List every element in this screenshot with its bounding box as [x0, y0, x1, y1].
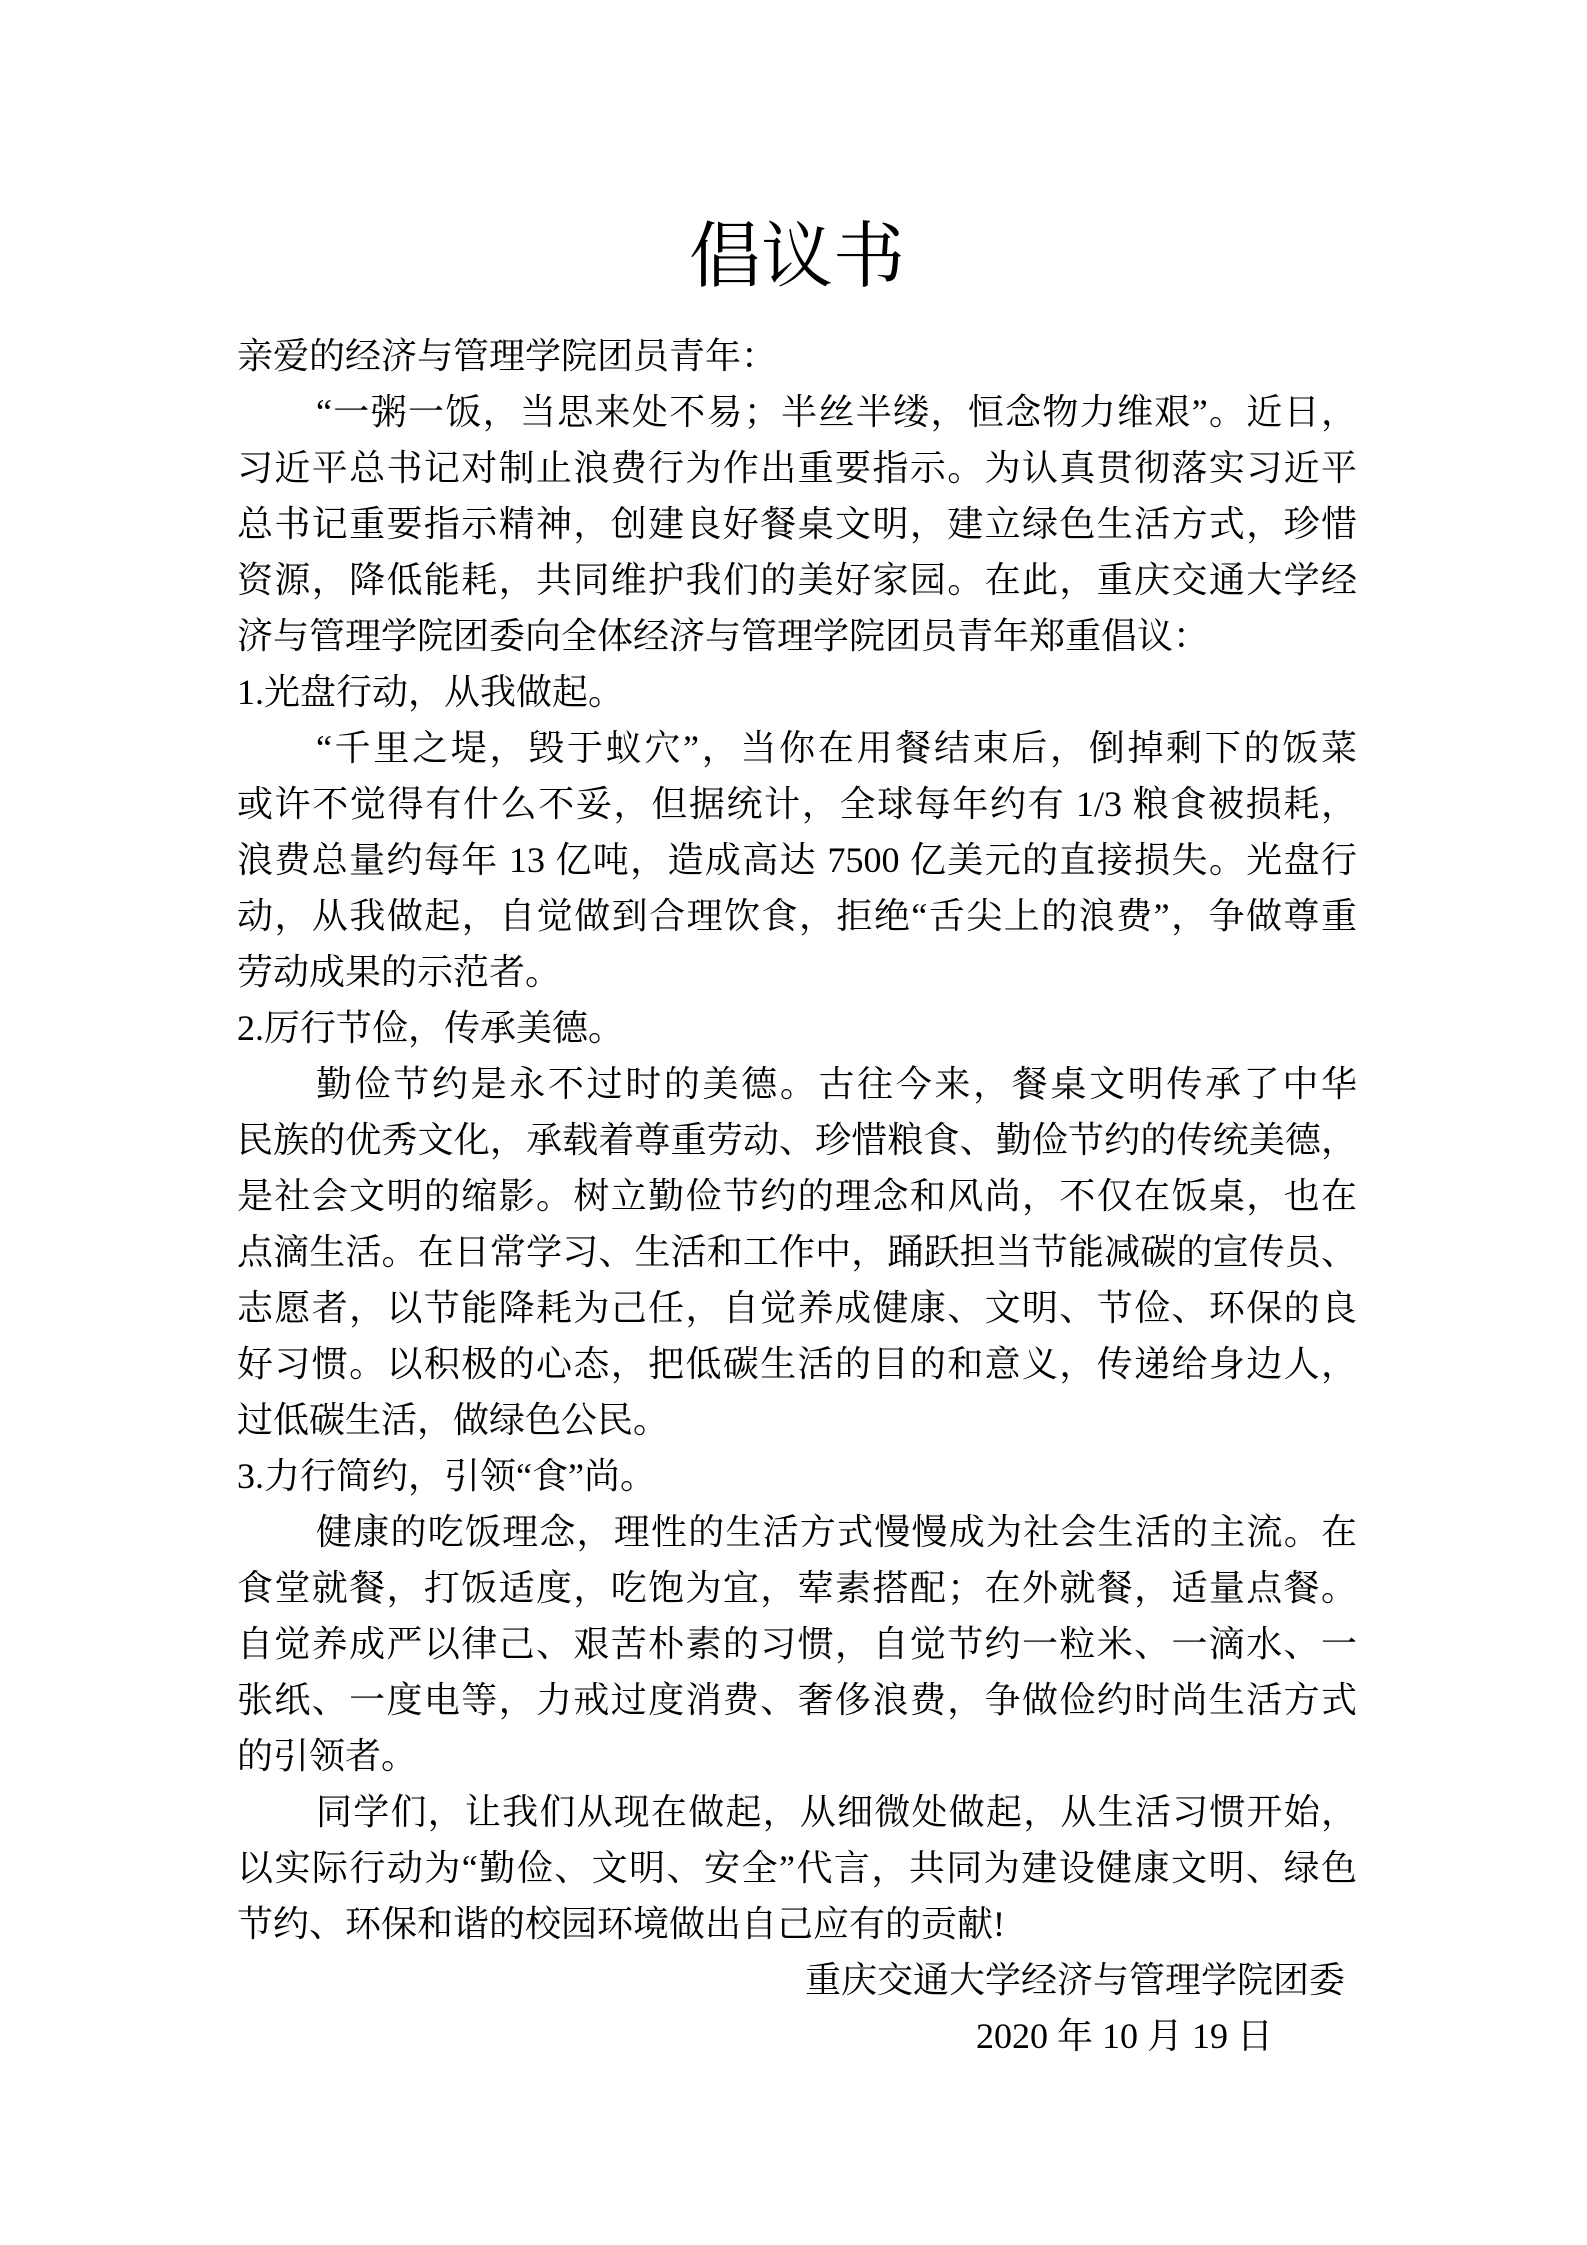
paragraph-line: 点滴生活。在日常学习、生活和工作中，踊跃担当节能减碳的宣传员、	[237, 1224, 1357, 1280]
paragraph-line: 习近平总书记对制止浪费行为作出重要指示。为认真贯彻落实习近平	[237, 440, 1357, 496]
paragraph-line: 劳动成果的示范者。	[237, 944, 1357, 1000]
paragraph-line: 同学们，让我们从现在做起，从细微处做起，从生活习惯开始，	[237, 1784, 1357, 1840]
paragraph-line: 以实际行动为“勤俭、文明、安全”代言，共同为建设健康文明、绿色	[237, 1840, 1357, 1896]
paragraph-line: 过低碳生活，做绿色公民。	[237, 1392, 1357, 1448]
document-title: 倡议书	[237, 217, 1357, 297]
paragraph-line: 浪费总量约每年 13 亿吨，造成高达 7500 亿美元的直接损失。光盘行	[237, 832, 1357, 888]
section-heading: 3.力行简约，引领“食”尚。	[237, 1448, 1357, 1504]
paragraph-line: “千里之堤，毁于蚁穴”，当你在用餐结束后，倒掉剩下的饭菜	[237, 720, 1357, 776]
paragraph-line: 资源，降低能耗，共同维护我们的美好家园。在此，重庆交通大学经	[237, 552, 1357, 608]
paragraph-line: 张纸、一度电等，力戒过度消费、奢侈浪费，争做俭约时尚生活方式	[237, 1672, 1357, 1728]
document-body: 亲爱的经济与管理学院团员青年：“一粥一饭，当思来处不易；半丝半缕，恒念物力维艰”…	[237, 328, 1357, 1952]
paragraph-line: 是社会文明的缩影。树立勤俭节约的理念和风尚，不仅在饭桌，也在	[237, 1168, 1357, 1224]
paragraph-line: 自觉养成严以律己、艰苦朴素的习惯，自觉节约一粒米、一滴水、一	[237, 1616, 1357, 1672]
section-heading: 1.光盘行动，从我做起。	[237, 664, 1357, 720]
paragraph-line: 济与管理学院团委向全体经济与管理学院团员青年郑重倡议：	[237, 608, 1357, 664]
paragraph-line: 的引领者。	[237, 1728, 1357, 1784]
paragraph-line: 节约、环保和谐的校园环境做出自己应有的贡献!	[237, 1896, 1357, 1952]
paragraph-line: 食堂就餐，打饭适度，吃饱为宜，荤素搭配；在外就餐，适量点餐。	[237, 1560, 1357, 1616]
document-page: 倡议书 亲爱的经济与管理学院团员青年：“一粥一饭，当思来处不易；半丝半缕，恒念物…	[0, 0, 1587, 2245]
salutation-line: 亲爱的经济与管理学院团员青年：	[237, 328, 1357, 384]
paragraph-line: 勤俭节约是永不过时的美德。古往今来，餐桌文明传承了中华	[237, 1056, 1357, 1112]
paragraph-line: 民族的优秀文化，承载着尊重劳动、珍惜粮食、勤俭节约的传统美德，	[237, 1112, 1357, 1168]
signature-line: 重庆交通大学经济与管理学院团委	[237, 1952, 1357, 2008]
paragraph-line: 或许不觉得有什么不妥，但据统计，全球每年约有 1/3 粮食被损耗，	[237, 776, 1357, 832]
paragraph-line: 总书记重要指示精神，创建良好餐桌文明，建立绿色生活方式，珍惜	[237, 496, 1357, 552]
paragraph-line: 动，从我做起，自觉做到合理饮食，拒绝“舌尖上的浪费”，争做尊重	[237, 888, 1357, 944]
paragraph-line: 志愿者，以节能降耗为己任，自觉养成健康、文明、节俭、环保的良	[237, 1280, 1357, 1336]
date-line: 2020 年 10 月 19 日	[237, 2008, 1357, 2064]
paragraph-line: “一粥一饭，当思来处不易；半丝半缕，恒念物力维艰”。近日，	[237, 384, 1357, 440]
paragraph-line: 好习惯。以积极的心态，把低碳生活的目的和意义，传递给身边人，	[237, 1336, 1357, 1392]
section-heading: 2.厉行节俭，传承美德。	[237, 1000, 1357, 1056]
paragraph-line: 健康的吃饭理念，理性的生活方式慢慢成为社会生活的主流。在	[237, 1504, 1357, 1560]
